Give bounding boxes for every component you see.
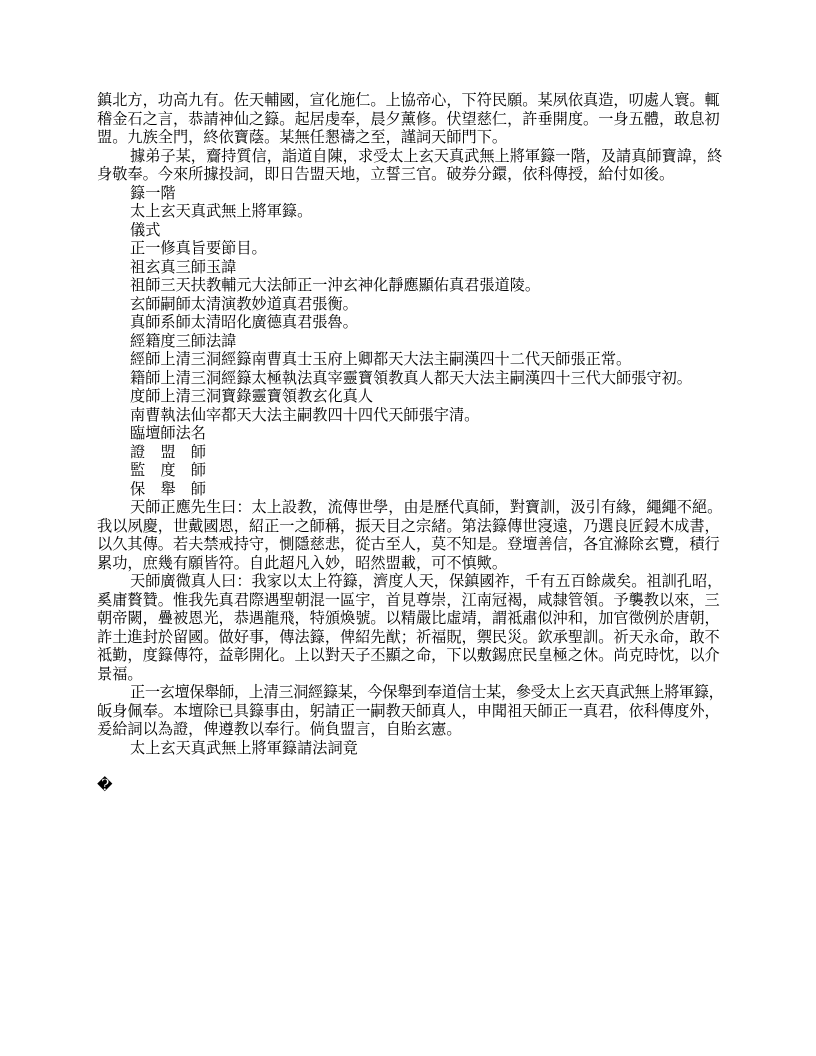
text-line: 景福。: [97, 666, 721, 685]
text-line: 籍師上清三洞經籙太極執法真宰靈寶領教真人都天大法主嗣漢四十三代大師張守初。: [97, 370, 721, 389]
text-line: 祗勤，度籙傳符，益彰開化。上以對天子丕顯之命，下以敷錫庶民皇極之休。尚克時忱，以…: [97, 647, 721, 666]
text-line: 奚庸贅贊。惟我先真君際遇聖朝混一區宇，首見尊崇，江南冠褐，咸隸管領。予襲教以來，…: [97, 592, 721, 611]
text-line: 經師上清三洞經籙南曹真士玉府上卿都天大法主嗣漢四十二代天師張正常。: [97, 351, 721, 370]
text-line: 籙一階: [97, 185, 721, 204]
document-page: 鎮北方，功高九有。佐天輔國，宣化施仁。上協帝心，下符民願。某夙依真造，叨處人寰。…: [0, 0, 816, 1056]
text-line: 爰給詞以為證，俾遵教以奉行。倘負盟言，自貽玄憲。: [97, 721, 721, 740]
text-line: 詐土進封於留國。做好事，傳法籙，俾紹先猷；祈福貺，禦民災。欽承聖訓。祈天永命，敢…: [97, 629, 721, 648]
text-line: 經籍度三師法諱: [97, 333, 721, 352]
text-line: 臨壇師法名: [97, 425, 721, 444]
text-line: 天師正應先生曰：太上設教，流傳世學，由是歷代真師，對寶訓，汲引有緣，繩繩不絕。: [97, 499, 721, 518]
text-line: 祖師三天扶教輔元大法師正一沖玄神化靜應顯佑真君張道陵。: [97, 277, 721, 296]
text-line: 盟。九族全門，終依寶蔭。某無任懇禱之至，謹詞天師門下。: [97, 129, 721, 148]
text-line: 鎮北方，功高九有。佐天輔國，宣化施仁。上協帝心，下符民願。某夙依真造，叨處人寰。…: [97, 92, 721, 111]
text-block: 鎮北方，功高九有。佐天輔國，宣化施仁。上協帝心，下符民願。某夙依真造，叨處人寰。…: [97, 92, 721, 795]
text-line: 正一修真旨要節目。: [97, 240, 721, 259]
text-line: 身敬奉。今來所據投詞，即日告盟天地，立誓三官。破券分鐶，依科傳授，給付如後。: [97, 166, 721, 185]
text-line: �: [97, 777, 721, 796]
text-line: 真師系師太清昭化廣德真君張魯。: [97, 314, 721, 333]
blank-line: [97, 758, 721, 777]
text-line: 太上玄天真武無上將軍籙。: [97, 203, 721, 222]
text-line: 南曹執法仙宰都天大法主嗣教四十四代天師張宇清。: [97, 407, 721, 426]
text-line: 太上玄天真武無上將軍籙請法詞竟: [97, 740, 721, 759]
text-line: 祖玄真三師玉諱: [97, 259, 721, 278]
text-line: 儀式: [97, 222, 721, 241]
text-line: 以久其傳。若夫禁戒持守，惻隱慈悲，從古至人，莫不知是。登壇善信，各宜滌除玄覽，積…: [97, 536, 721, 555]
text-line: 度師上清三洞寶錄靈寶領教玄化真人: [97, 388, 721, 407]
text-line: 累功，庶幾有願皆符。自此超凡入妙，昭然盟載，可不慎歟。: [97, 555, 721, 574]
text-line: 朝帝闕，疊被恩光，恭遇龍飛，特頒煥號。以精嚴比虛靖，謂祗肅似沖和，加官徵例於唐朝…: [97, 610, 721, 629]
text-line: 證 盟 師: [97, 444, 721, 463]
text-line: 監 度 師: [97, 462, 721, 481]
text-line: 我以夙慶，世戴國恩，紹正一之師稱，振天目之宗緒。第法籙傳世寖遠，乃選良匠鋟木成書…: [97, 518, 721, 537]
text-line: 皈身佩奉。本壇除已具籙事由，躬請正一嗣教天師真人，申聞祖天師正一真君，依科傳度外…: [97, 703, 721, 722]
text-line: 正一玄壇保舉師，上清三洞經籙某，今保舉到奉道信士某，參受太上玄天真武無上將軍籙，: [97, 684, 721, 703]
text-line: 玄師嗣師太清演教妙道真君張衡。: [97, 296, 721, 315]
text-line: 據弟子某，齎持質信，詣道自陳，求受太上玄天真武無上將軍籙一階，及請真師寶諱，終: [97, 148, 721, 167]
text-line: 天師廣微真人曰：我家以太上符籙，濟度人天，保鎮國祚，千有五百餘歲矣。祖訓孔昭，: [97, 573, 721, 592]
text-line: 保 舉 師: [97, 481, 721, 500]
text-line: 稽金石之言，恭請神仙之籙。起居虔奉，晨夕薰修。伏望慈仁，許垂開度。一身五體，敢息…: [97, 111, 721, 130]
